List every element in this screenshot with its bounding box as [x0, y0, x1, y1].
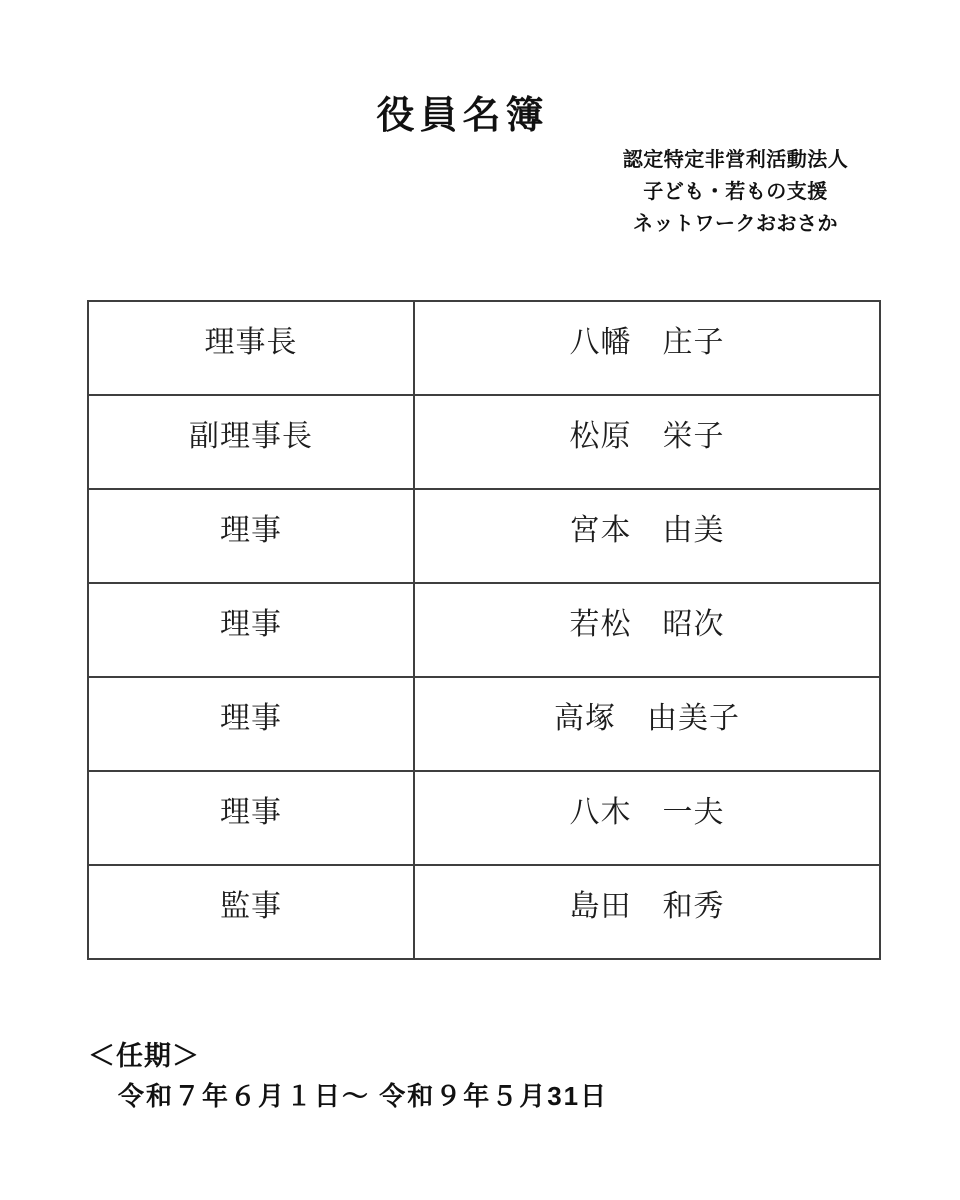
term-period: 令和７年６月１日～ 令和９年５月31日 [118, 1076, 608, 1113]
position-cell: 理事 [88, 489, 414, 583]
organization-line-2: 子ども・若もの支援 [608, 176, 863, 208]
organization-name: 認定特定非営利活動法人 子ども・若もの支援 ネットワークおおさか [608, 144, 863, 240]
position-cell: 理事 [88, 583, 414, 677]
officers-table-body: 理事長 八幡 庄子 副理事長 松原 栄子 理事 宮本 由美 理事 若松 昭次 理… [88, 301, 880, 959]
table-row: 副理事長 松原 栄子 [88, 395, 880, 489]
position-cell: 副理事長 [88, 395, 414, 489]
table-row: 理事 宮本 由美 [88, 489, 880, 583]
name-cell: 八木 一夫 [414, 771, 880, 865]
organization-line-1: 認定特定非営利活動法人 [608, 144, 863, 176]
document-title: 役員名簿 [0, 84, 925, 139]
term-heading: ＜任期＞ [88, 1034, 200, 1073]
position-cell: 理事長 [88, 301, 414, 395]
name-cell: 宮本 由美 [414, 489, 880, 583]
position-cell: 理事 [88, 677, 414, 771]
position-cell: 理事 [88, 771, 414, 865]
name-cell: 若松 昭次 [414, 583, 880, 677]
document-page: 役員名簿 認定特定非営利活動法人 子ども・若もの支援 ネットワークおおさか 理事… [0, 0, 960, 1200]
name-cell: 島田 和秀 [414, 865, 880, 959]
name-cell: 松原 栄子 [414, 395, 880, 489]
table-row: 理事 若松 昭次 [88, 583, 880, 677]
table-row: 理事長 八幡 庄子 [88, 301, 880, 395]
table-row: 理事 高塚 由美子 [88, 677, 880, 771]
table-row: 理事 八木 一夫 [88, 771, 880, 865]
name-cell: 八幡 庄子 [414, 301, 880, 395]
officers-table: 理事長 八幡 庄子 副理事長 松原 栄子 理事 宮本 由美 理事 若松 昭次 理… [87, 300, 881, 960]
organization-line-3: ネットワークおおさか [608, 208, 863, 240]
position-cell: 監事 [88, 865, 414, 959]
table-row: 監事 島田 和秀 [88, 865, 880, 959]
name-cell: 高塚 由美子 [414, 677, 880, 771]
